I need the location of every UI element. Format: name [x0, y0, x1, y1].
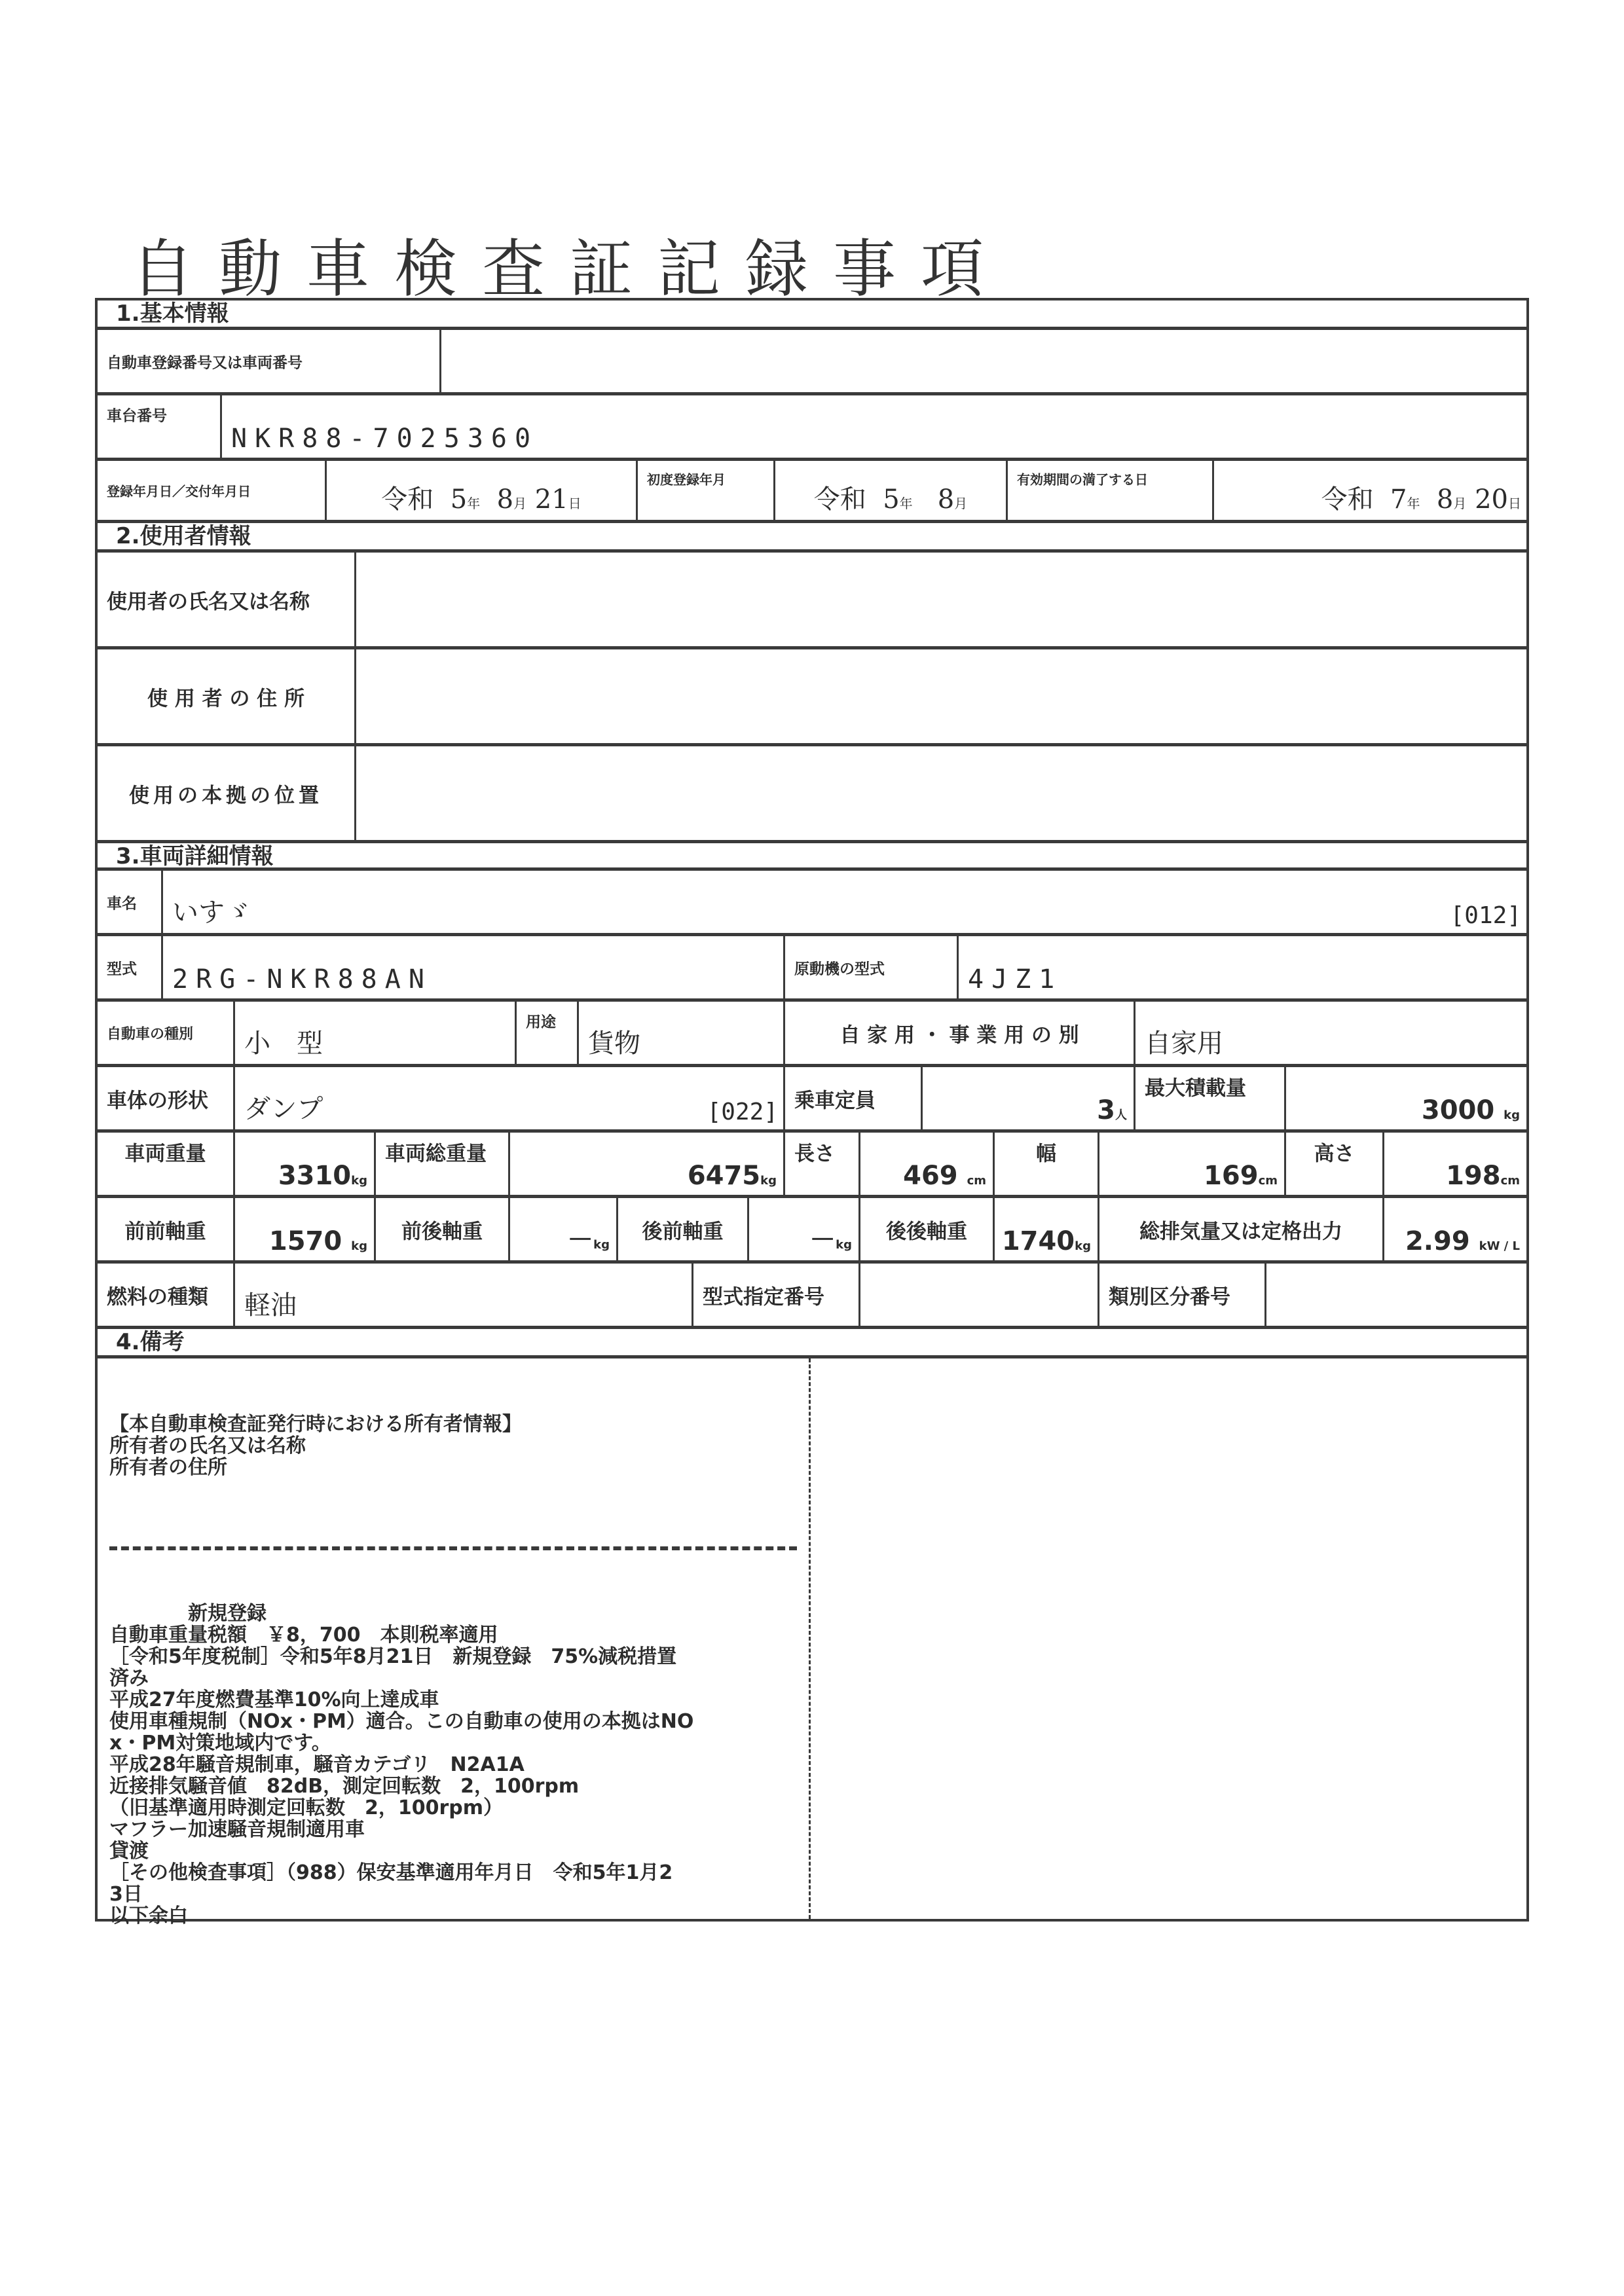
row-type-use: 自動車の種別 小 型 用途 貨物 自 家 用 ・ 事 業 用 の 別 自家用	[98, 1002, 1526, 1067]
vehicle-name-code: [012]	[1450, 902, 1521, 929]
rf-axle-value: －kg	[809, 1219, 852, 1256]
chassis-label: 車台番号	[107, 403, 167, 425]
engine-model-label: 原動機の型式	[794, 957, 885, 978]
type-designation-label: 型式指定番号	[703, 1280, 824, 1309]
section-vehicle-title: 3.車両詳細情報	[98, 843, 1526, 869]
displacement-label: 総排気量又は定格出力	[1099, 1214, 1382, 1244]
model-label: 型式	[107, 957, 137, 978]
row-user-address: 使 用 者 の 住 所	[98, 649, 1526, 746]
vehicle-name-label: 車名	[107, 891, 137, 913]
row-chassis-number: 車台番号 NKR88-7025360	[98, 395, 1526, 461]
section-vehicle: 3.車両詳細情報	[98, 843, 1526, 871]
fr-axle-label: 前後軸重	[376, 1214, 508, 1244]
gross-weight-label: 車両総重量	[385, 1137, 487, 1166]
height-value: 198cm	[1446, 1161, 1520, 1191]
use-value: 貨物	[588, 1023, 640, 1060]
ff-axle-label: 前前軸重	[98, 1214, 233, 1244]
vehicle-weight-value: 3310kg	[278, 1161, 367, 1191]
first-reg-value: 令和 5年 8月	[775, 479, 1006, 516]
private-business-value: 自家用	[1145, 1023, 1223, 1060]
reg-number-label: 自動車登録番号又は車両番号	[107, 350, 303, 372]
height-label: 高さ	[1286, 1137, 1382, 1166]
width-value: 169cm	[1204, 1161, 1278, 1191]
vehicle-name-value: いすゞ	[172, 892, 251, 929]
reg-date-label: 登録年月日／交付年月日	[107, 481, 251, 500]
first-reg-label: 初度登録年月	[647, 469, 726, 488]
user-name-label: 使用者の氏名又は名称	[107, 585, 310, 614]
row-weights-dimensions: 車両重量 3310kg 車両総重量 6475kg 長さ 469 cm 幅 169…	[98, 1133, 1526, 1198]
vehicle-type-label: 自動車の種別	[107, 1023, 193, 1043]
private-business-label: 自 家 用 ・ 事 業 用 の 別	[785, 1018, 1134, 1048]
user-address-label: 使 用 者 の 住 所	[98, 682, 354, 711]
category-number-label: 類別区分番号	[1109, 1280, 1230, 1309]
vehicle-weight-label: 車両重量	[98, 1137, 233, 1166]
row-vehicle-name: 車名 いすゞ [012]	[98, 871, 1526, 936]
rf-axle-label: 後前軸重	[618, 1214, 747, 1244]
row-model: 型式 2RG-NKR88AN 原動機の型式 4JZ1	[98, 936, 1526, 1002]
engine-model-value: 4JZ1	[968, 964, 1062, 994]
model-value: 2RG-NKR88AN	[172, 964, 432, 994]
row-dates: 登録年月日／交付年月日 令和 5年 8月 21日 初度登録年月 令和 5年 8月…	[98, 461, 1526, 523]
section-basic-title: 1.基本情報	[98, 301, 1526, 327]
rr-axle-value: 1740kg	[1002, 1226, 1091, 1256]
certificate-table: 1.基本情報 自動車登録番号又は車両番号 車台番号 NKR88-7025360 …	[95, 298, 1529, 1922]
row-axle-weights: 前前軸重 1570 kg 前後軸重 －kg 後前軸重 －kg 後後軸重 1740…	[98, 1198, 1526, 1264]
vehicle-type-value: 小 型	[244, 1023, 323, 1060]
body-shape-code: [022]	[707, 1099, 778, 1125]
capacity-label: 乗車定員	[794, 1084, 876, 1113]
section-user-title: 2.使用者情報	[98, 523, 1526, 549]
fuel-label: 燃料の種類	[107, 1280, 208, 1309]
row-base-location: 使用の本拠の位置	[98, 746, 1526, 843]
row-user-name: 使用者の氏名又は名称	[98, 553, 1526, 649]
remarks-text: 【本自動車検査証発行時における所有者情報】 所有者の氏名又は名称 所有者の住所 …	[109, 1370, 889, 1970]
displacement-value: 2.99 kW / L	[1405, 1226, 1520, 1256]
ff-axle-value: 1570 kg	[269, 1226, 367, 1256]
length-label: 長さ	[794, 1137, 835, 1166]
document-title: 自動車検査証記録事項	[131, 219, 1008, 309]
capacity-value: 3人	[1097, 1095, 1127, 1125]
expiry-value: 令和 7年 8月 20日	[1214, 479, 1526, 516]
row-body-capacity: 車体の形状 ダンプ [022] 乗車定員 3人 最大積載量 3000 kg	[98, 1067, 1526, 1133]
base-location-label: 使用の本拠の位置	[98, 778, 354, 808]
expiry-label: 有効期間の満了する日	[1017, 469, 1148, 488]
chassis-value: NKR88-7025360	[231, 424, 538, 454]
body-shape-value: ダンプ	[244, 1088, 323, 1125]
body-shape-label: 車体の形状	[107, 1084, 208, 1113]
section-user: 2.使用者情報	[98, 523, 1526, 553]
length-value: 469 cm	[903, 1161, 986, 1191]
use-label: 用途	[526, 1010, 556, 1031]
fr-axle-value: －kg	[567, 1219, 610, 1256]
gross-weight-value: 6475kg	[688, 1161, 777, 1191]
section-remarks-title: 4.備考	[98, 1329, 1526, 1355]
width-label: 幅	[995, 1137, 1098, 1166]
max-load-value: 3000 kg	[1422, 1095, 1520, 1125]
row-registration-number: 自動車登録番号又は車両番号	[98, 330, 1526, 395]
dashed-separator	[109, 1546, 797, 1550]
section-remarks: 4.備考	[98, 1329, 1526, 1358]
reg-date-value: 令和 5年 8月 21日	[327, 479, 636, 516]
row-fuel-designation: 燃料の種類 軽油 型式指定番号 類別区分番号	[98, 1264, 1526, 1329]
remarks-lines: 新規登録 自動車重量税額 ￥8，700 本則税率適用 ［令和5年度税制］令和5年…	[109, 1603, 889, 1927]
section-basic: 1.基本情報	[98, 301, 1526, 330]
rr-axle-label: 後後軸重	[860, 1214, 993, 1244]
max-load-label: 最大積載量	[1145, 1071, 1246, 1101]
remarks-area: 【本自動車検査証発行時における所有者情報】 所有者の氏名又は名称 所有者の住所 …	[98, 1358, 1526, 1919]
owner-info-block: 【本自動車検査証発行時における所有者情報】 所有者の氏名又は名称 所有者の住所	[109, 1413, 889, 1478]
fuel-value: 軽油	[244, 1285, 297, 1322]
